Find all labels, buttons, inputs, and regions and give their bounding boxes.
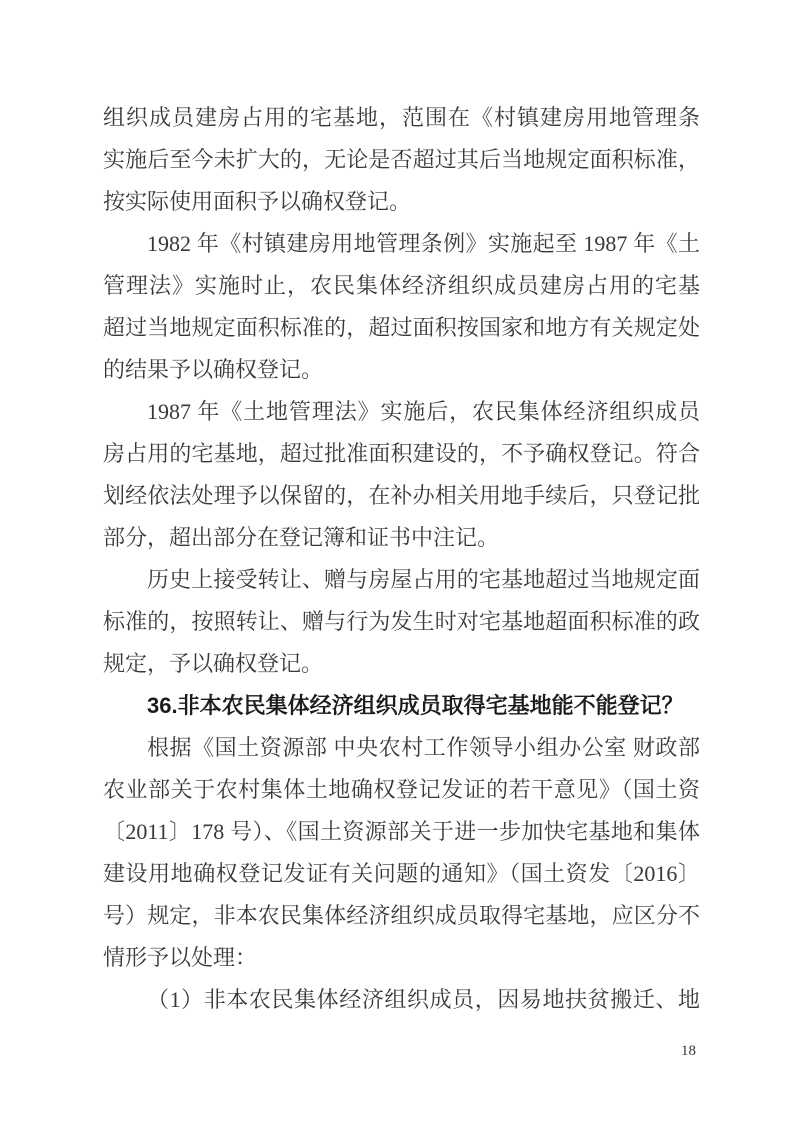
paragraph: （1）非本农民集体经济组织成员，因易地扶贫搬迁、地质 — [103, 979, 700, 1021]
text-line: 部分，超出部分在登记簿和证书中注记。 — [103, 517, 700, 559]
text-line: 标准的，按照转让、赠与行为发生时对宅基地超面积标准的政策 — [103, 601, 700, 643]
text-line: 实施后至今未扩大的，无论是否超过其后当地规定面积标准，均 — [103, 139, 700, 181]
text-line: 根据《国土资源部 中央农村工作领导小组办公室 财政部 — [103, 727, 700, 769]
text-line: 号）规定，非本农民集体经济组织成员取得宅基地，应区分不同 — [103, 895, 700, 937]
paragraph: 根据《国土资源部 中央农村工作领导小组办公室 财政部农业部关于农村集体土地确权登… — [103, 727, 700, 979]
text-line: 1982 年《村镇建房用地管理条例》实施起至 1987 年《土地 — [103, 223, 700, 265]
document-content: 组织成员建房占用的宅基地，范围在《村镇建房用地管理条例》实施后至今未扩大的，无论… — [103, 97, 700, 1021]
paragraph: 组织成员建房占用的宅基地，范围在《村镇建房用地管理条例》实施后至今未扩大的，无论… — [103, 97, 700, 223]
text-line: 情形予以处理： — [103, 937, 700, 979]
text-line: 36.非本农民集体经济组织成员取得宅基地能不能登记？ — [103, 685, 700, 727]
paragraph: 1987 年《土地管理法》实施后，农民集体经济组织成员建房占用的宅基地，超过批准… — [103, 391, 700, 559]
text-line: 超过当地规定面积标准的，超过面积按国家和地方有关规定处理 — [103, 307, 700, 349]
text-line: 按实际使用面积予以确权登记。 — [103, 181, 700, 223]
text-line: 房占用的宅基地，超过批准面积建设的，不予确权登记。符合规 — [103, 433, 700, 475]
text-line: 〔2011〕178 号）、《国土资源部关于进一步加快宅基地和集体 — [103, 811, 700, 853]
text-line: 组织成员建房占用的宅基地，范围在《村镇建房用地管理条例》 — [103, 97, 700, 139]
text-line: 建设用地确权登记发证有关问题的通知》（国土资发〔2016〕191 — [103, 853, 700, 895]
paragraph: 1982 年《村镇建房用地管理条例》实施起至 1987 年《土地管理法》实施时止… — [103, 223, 700, 391]
text-line: 农业部关于农村集体土地确权登记发证的若干意见》（国土资发 — [103, 769, 700, 811]
paragraph: 历史上接受转让、赠与房屋占用的宅基地超过当地规定面积标准的，按照转让、赠与行为发… — [103, 559, 700, 685]
document-page: 组织成员建房占用的宅基地，范围在《村镇建房用地管理条例》实施后至今未扩大的，无论… — [0, 0, 800, 1131]
page-number: 18 — [681, 1040, 721, 1062]
text-line: 管理法》实施时止，农民集体经济组织成员建房占用的宅基地， — [103, 265, 700, 307]
text-line: 历史上接受转让、赠与房屋占用的宅基地超过当地规定面积 — [103, 559, 700, 601]
section-heading: 36.非本农民集体经济组织成员取得宅基地能不能登记？ — [103, 685, 700, 727]
text-line: 划经依法处理予以保留的，在补办相关用地手续后，只登记批准 — [103, 475, 700, 517]
text-line: 1987 年《土地管理法》实施后，农民集体经济组织成员建 — [103, 391, 700, 433]
text-line: 的结果予以确权登记。 — [103, 349, 700, 391]
text-line: 规定，予以确权登记。 — [103, 643, 700, 685]
text-line: （1）非本农民集体经济组织成员，因易地扶贫搬迁、地质 — [103, 979, 700, 1021]
